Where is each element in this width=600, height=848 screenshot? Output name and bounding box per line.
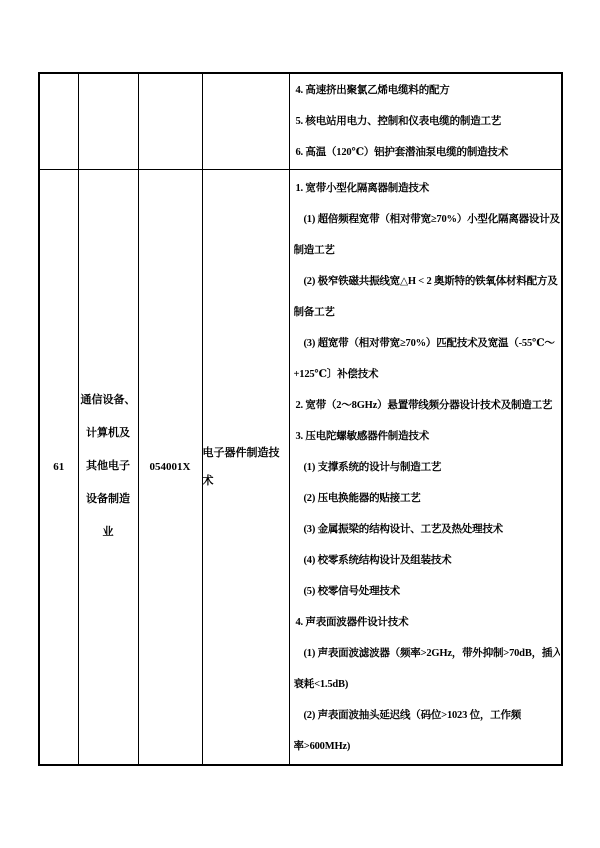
table-row: 4. 高速挤出聚氯乙烯电缆料的配方5. 核电站用电力、控制和仪表电缆的制造工艺6… <box>39 73 562 169</box>
text-line: 通信设备、 <box>79 384 138 417</box>
text-line: (3) 金属振梁的结构设计、工艺及热处理技术 <box>294 514 561 545</box>
code-cell <box>138 73 202 169</box>
text-line: (2) 声表面波抽头延迟线（码位>1023 位，工作频 <box>294 700 561 731</box>
code-number: 054001X <box>150 461 191 473</box>
tech-name: 电子器件制造技术 <box>203 439 289 495</box>
text-line: 衰耗<1.5dB) <box>294 669 561 700</box>
details-cell: 4. 高速挤出聚氯乙烯电缆料的配方5. 核电站用电力、控制和仪表电缆的制造工艺6… <box>289 73 562 169</box>
text-line: 5. 核电站用电力、控制和仪表电缆的制造工艺 <box>294 106 561 137</box>
details-cell: 1. 宽带小型化隔离器制造技术(1) 超倍频程宽带（相对带宽≥70%）小型化隔离… <box>289 169 562 765</box>
text-line: 率>600MHz) <box>294 731 561 762</box>
document-page: 4. 高速挤出聚氯乙烯电缆料的配方5. 核电站用电力、控制和仪表电缆的制造工艺6… <box>0 0 600 848</box>
serial-number: 61 <box>53 461 64 473</box>
detail-lines: 1. 宽带小型化隔离器制造技术(1) 超倍频程宽带（相对带宽≥70%）小型化隔离… <box>290 172 562 762</box>
industry-name: 通信设备、计算机及其他电子设备制造业 <box>79 384 138 549</box>
text-line: (1) 声表面波滤波器（频率>2GHz，带外抑制>70dB，插入 <box>294 638 561 669</box>
code-cell: 054001X <box>138 169 202 765</box>
text-line: 电子器件制造技 <box>203 439 289 467</box>
text-line: 业 <box>79 516 138 549</box>
text-line: 6. 高温（120℃）铝护套潜油泵电缆的制造技术 <box>294 137 561 168</box>
text-line: 制备工艺 <box>294 297 561 328</box>
text-line: 3. 压电陀螺敏感器件制造技术 <box>294 421 561 452</box>
tech-name-cell <box>202 73 289 169</box>
text-line: 计算机及 <box>79 417 138 450</box>
industry-cell: 通信设备、计算机及其他电子设备制造业 <box>78 169 138 765</box>
text-line: 术 <box>203 467 289 495</box>
text-line: (5) 校零信号处理技术 <box>294 576 561 607</box>
text-line: 4. 高速挤出聚氯乙烯电缆料的配方 <box>294 75 561 106</box>
text-line: 2. 宽带（2～8GHz）悬置带线频分器设计技术及制造工艺 <box>294 390 561 421</box>
text-line: (4) 校零系统结构设计及组装技术 <box>294 545 561 576</box>
text-line: 设备制造 <box>79 483 138 516</box>
text-line: +125℃〕补偿技术 <box>294 359 561 390</box>
industry-cell <box>78 73 138 169</box>
table-row: 61 通信设备、计算机及其他电子设备制造业 054001X 电子器件制造技术 1… <box>39 169 562 765</box>
text-line: 其他电子 <box>79 450 138 483</box>
text-line: (1) 支撑系统的设计与制造工艺 <box>294 452 561 483</box>
text-line: 1. 宽带小型化隔离器制造技术 <box>294 173 561 204</box>
serial-cell: 61 <box>39 169 78 765</box>
text-line: 制造工艺 <box>294 235 561 266</box>
text-line: (2) 压电换能器的贴接工艺 <box>294 483 561 514</box>
catalog-table: 4. 高速挤出聚氯乙烯电缆料的配方5. 核电站用电力、控制和仪表电缆的制造工艺6… <box>38 72 563 766</box>
text-line: (3) 超宽带（相对带宽≥70%）匹配技术及宽温（-55℃～ <box>294 328 561 359</box>
text-line: (2) 极窄铁磁共振线宽△H < 2 奥斯特的铁氧体材料配方及 <box>294 266 561 297</box>
text-line: (1) 超倍频程宽带（相对带宽≥70%）小型化隔离器设计及 <box>294 204 561 235</box>
tech-name-cell: 电子器件制造技术 <box>202 169 289 765</box>
serial-cell <box>39 73 78 169</box>
detail-lines: 4. 高速挤出聚氯乙烯电缆料的配方5. 核电站用电力、控制和仪表电缆的制造工艺6… <box>290 74 562 168</box>
text-line: 4. 声表面波器件设计技术 <box>294 607 561 638</box>
